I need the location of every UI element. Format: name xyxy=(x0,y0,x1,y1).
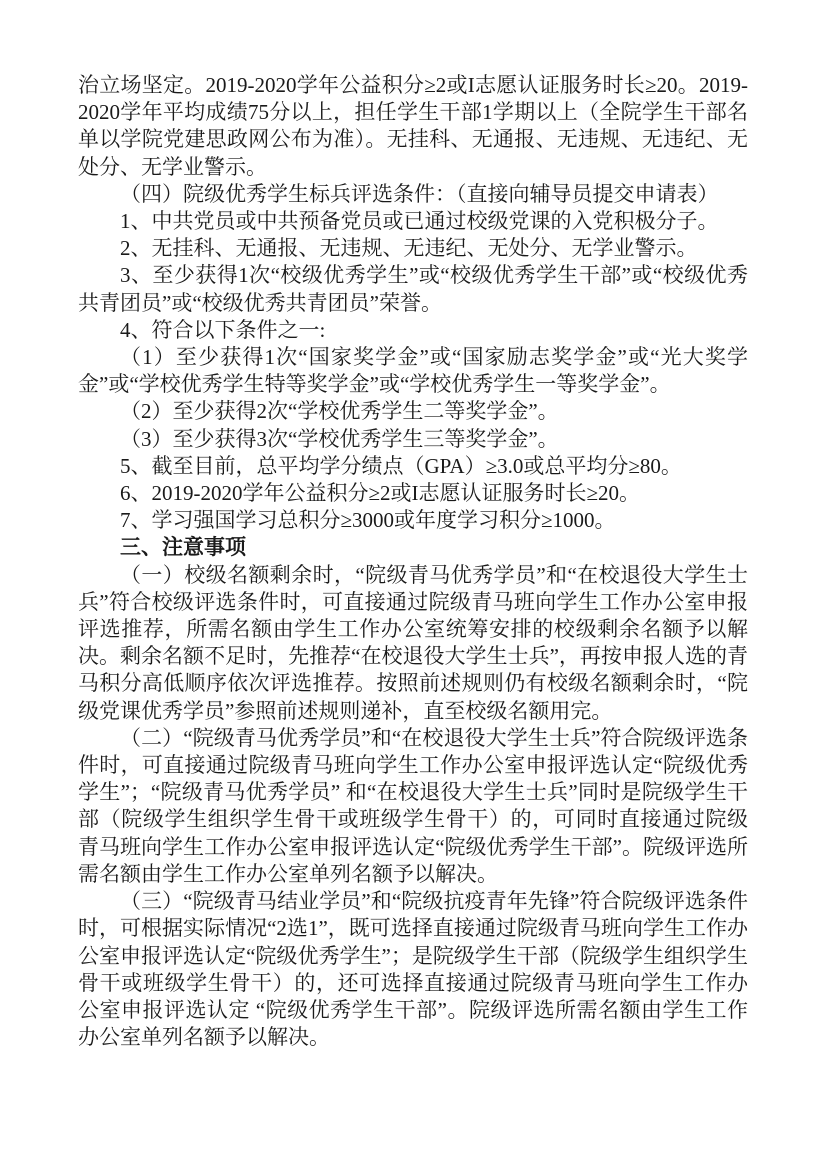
list-item-3: 3、至少获得1次“校级优秀学生”或“校级优秀学生干部”或“校级优秀共青团员”或“… xyxy=(78,262,748,316)
document-page: 治立场坚定。2019-2020学年公益积分≥2或I志愿认证服务时长≥20。201… xyxy=(0,0,827,1169)
subheading-item-4: （四）院级优秀学生标兵评选条件：（直接向辅导员提交申请表） xyxy=(78,181,748,208)
note-paragraph-1: （一）校级名额剩余时，“院级青马优秀学员”和“在校退役大学生士兵”符合校级评选条… xyxy=(78,562,748,725)
list-item-7: 7、学习强国学习总积分≥3000或年度学习积分≥1000。 xyxy=(78,507,748,534)
list-item-2: 2、无挂科、无通报、无违规、无违纪、无处分、无学业警示。 xyxy=(78,235,748,262)
note-paragraph-2: （二）“院级青马优秀学员”和“在校退役大学生士兵”符合院级评选条件时，可直接通过… xyxy=(78,725,748,888)
document-body: 治立场坚定。2019-2020学年公益积分≥2或I志愿认证服务时长≥20。201… xyxy=(78,72,748,1051)
paragraph-continuation: 治立场坚定。2019-2020学年公益积分≥2或I志愿认证服务时长≥20。201… xyxy=(78,72,748,181)
list-item-1: 1、中共党员或中共预备党员或已通过校级党课的入党积极分子。 xyxy=(78,208,748,235)
list-item-6: 6、2019-2020学年公益积分≥2或I志愿认证服务时长≥20。 xyxy=(78,480,748,507)
note-paragraph-3: （三）“院级青马结业学员”和“院级抗疫青年先锋”符合院级评选条件时，可根据实际情… xyxy=(78,888,748,1051)
section-heading-notes: 三、注意事项 xyxy=(78,534,748,561)
list-item-4: 4、符合以下条件之一: xyxy=(78,317,748,344)
list-item-5: 5、截至目前，总平均学分绩点（GPA）≥3.0或总平均分≥80。 xyxy=(78,453,748,480)
list-item-4-sub-2: （2）至少获得2次“学校优秀学生二等奖学金”。 xyxy=(78,398,748,425)
list-item-4-sub-3: （3）至少获得3次“学校优秀学生三等奖学金”。 xyxy=(78,426,748,453)
list-item-4-sub-1: （1）至少获得1次“国家奖学金”或“国家励志奖学金”或“光大奖学金”或“学校优秀… xyxy=(78,344,748,398)
